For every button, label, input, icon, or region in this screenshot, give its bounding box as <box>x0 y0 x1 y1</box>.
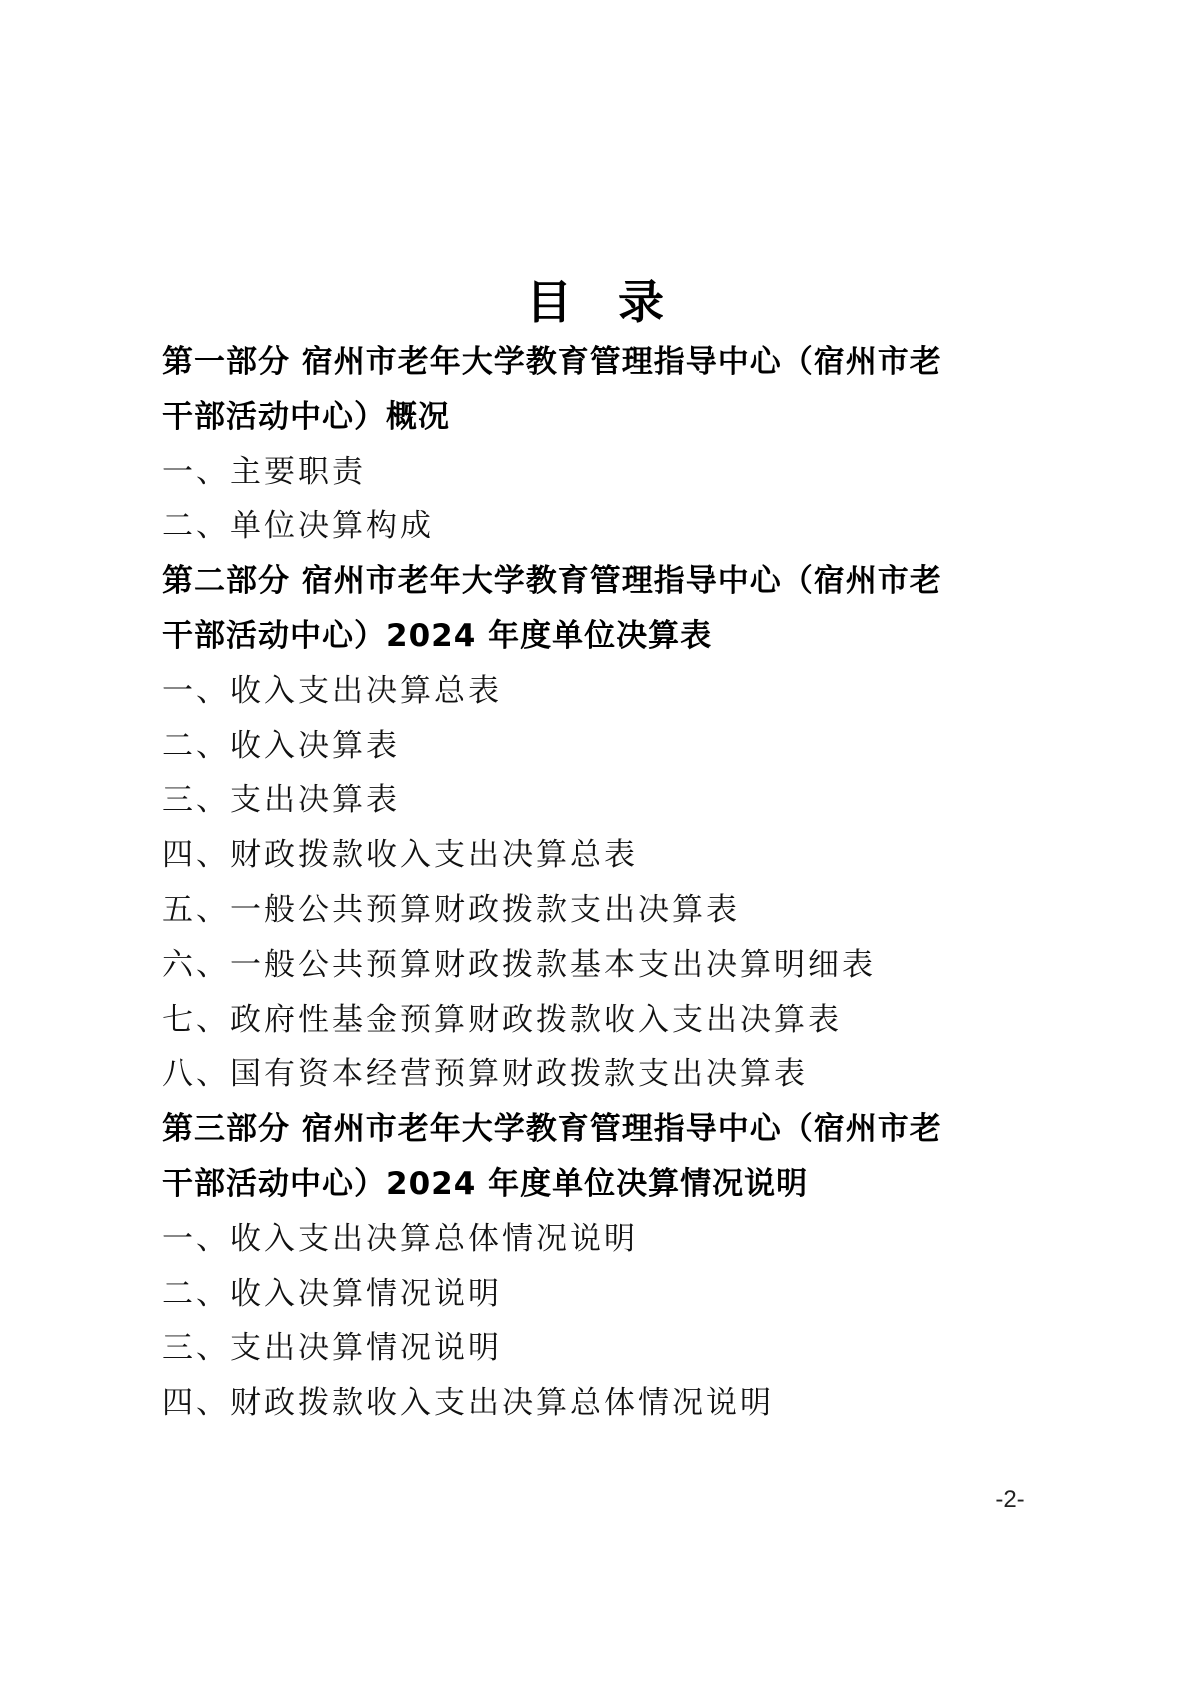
title-char-2: 录 <box>618 275 664 329</box>
toc-item-general-budget-expenditure: 五、一般公共预算财政拨款支出决算表 <box>162 883 1042 938</box>
title-char-1: 目 <box>526 275 572 329</box>
toc-item-main-duties: 一、主要职责 <box>162 445 1042 500</box>
page-title: 目录 <box>0 272 1190 332</box>
document-page: 目录 第一部分 宿州市老年大学教育管理指导中心（宿州市老 干部活动中心）概况 一… <box>0 0 1190 1683</box>
page-number: -2- <box>960 1484 1060 1516</box>
toc-item-overall-explanation: 一、收入支出决算总体情况说明 <box>162 1212 1042 1267</box>
toc-part-1-heading-line-1: 第一部分 宿州市老年大学教育管理指导中心（宿州市老 <box>162 335 1042 390</box>
toc-item-fiscal-appropriation-summary: 四、财政拨款收入支出决算总表 <box>162 828 1042 883</box>
toc-item-income-expenditure-summary: 一、收入支出决算总表 <box>162 664 1042 719</box>
toc-item-unit-composition: 二、单位决算构成 <box>162 499 1042 554</box>
toc-item-government-fund-budget: 七、政府性基金预算财政拨款收入支出决算表 <box>162 993 1042 1048</box>
toc-part-2-heading-line-2: 干部活动中心）2024 年度单位决算表 <box>162 609 1042 664</box>
toc-item-general-budget-basic-detail: 六、一般公共预算财政拨款基本支出决算明细表 <box>162 938 1042 993</box>
toc-part-3-heading-line-1: 第三部分 宿州市老年大学教育管理指导中心（宿州市老 <box>162 1102 1042 1157</box>
toc-item-expenditure-table: 三、支出决算表 <box>162 773 1042 828</box>
toc-item-expenditure-explanation: 三、支出决算情况说明 <box>162 1321 1042 1376</box>
toc-part-1-heading-line-2: 干部活动中心）概况 <box>162 390 1042 445</box>
toc-item-fiscal-overall-explanation: 四、财政拨款收入支出决算总体情况说明 <box>162 1376 1042 1431</box>
toc-part-2-heading-line-1: 第二部分 宿州市老年大学教育管理指导中心（宿州市老 <box>162 554 1042 609</box>
toc-part-3-heading-line-2: 干部活动中心）2024 年度单位决算情况说明 <box>162 1157 1042 1212</box>
toc-item-state-capital-budget: 八、国有资本经营预算财政拨款支出决算表 <box>162 1047 1042 1102</box>
table-of-contents: 第一部分 宿州市老年大学教育管理指导中心（宿州市老 干部活动中心）概况 一、主要… <box>162 335 1042 1431</box>
toc-item-income-table: 二、收入决算表 <box>162 719 1042 774</box>
toc-item-income-explanation: 二、收入决算情况说明 <box>162 1267 1042 1322</box>
